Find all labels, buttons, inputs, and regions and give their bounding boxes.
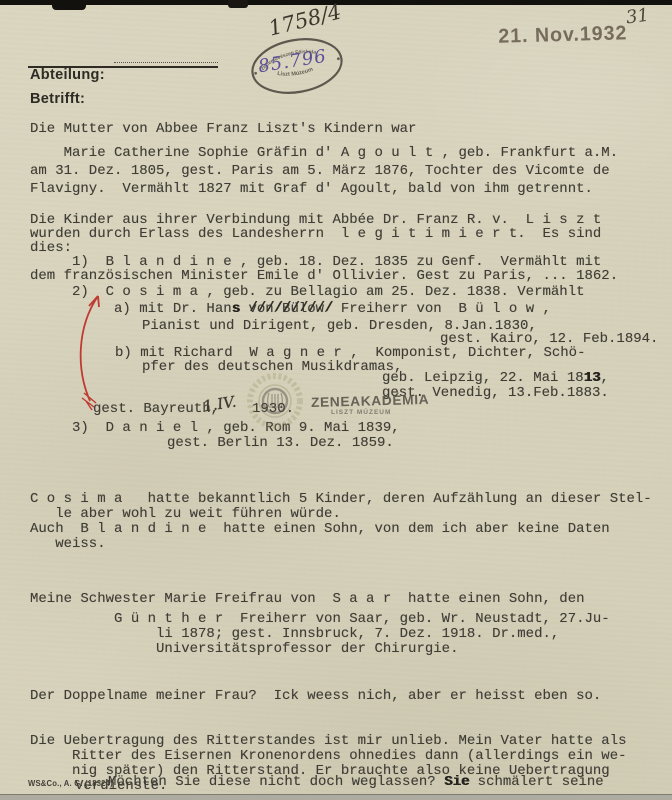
typed-line: Flavigny. Vermählt 1827 mit Graf d' Agou… (30, 182, 593, 197)
typed-line: Meine Schwester Marie Freifrau von S a a… (30, 592, 585, 607)
abteilung-underline (28, 66, 218, 68)
typed-line: Universitätsprofessor der Chirurgie. (30, 642, 458, 657)
moechten-post: schmälert seine (469, 774, 603, 790)
date-stamp: 21. Nov.1932 (498, 22, 628, 48)
typed-line-leipzig: geb. Leipzig, 22. Mai 1813, (382, 371, 609, 386)
printer-mark: WS&Co., A. G. (18324) (28, 779, 113, 788)
bulow-post: Freiherr von B ü l o w , (332, 301, 550, 317)
struck-text: von/Bülow/////////// (248, 302, 332, 317)
typed-line: am 31. Dez. 1805, gest. Paris am 5. März… (30, 164, 610, 179)
typed-line: dem französischen Minister Emile d' Olli… (30, 269, 618, 284)
typed-line: li 1878; gest. Innsbruck, 7. Dez. 1918. … (30, 627, 559, 642)
typed-line: gest. Berlin 13. Dez. 1859. (167, 436, 394, 451)
red-annotation-arrow (68, 283, 118, 415)
document-page: 1758/4 31 21. Nov.1932 Zeneművészeti Fői… (0, 0, 672, 800)
handwritten-death-date: 1.IV. (202, 393, 238, 416)
scan-edge-nub (228, 0, 248, 8)
leipzig-pre: geb. Leipzig, 22. Mai 18 (382, 370, 584, 386)
typed-line: Die Mutter von Abbee Franz Liszt's Kinde… (30, 122, 416, 137)
typed-line: Der Doppelname meiner Frau? Ick weess ni… (30, 689, 601, 704)
bulow-pre: a) mit Dr. Han (30, 301, 232, 317)
typed-line: 3) D a n i e l , geb. Rom 9. Mai 1839, (30, 421, 400, 436)
typed-line: le aber wohl zu weit führen würde. (30, 507, 341, 522)
strike-slashes: ////////// (249, 301, 333, 316)
typed-line: Die Uebertragung des Ritterstandes ist m… (30, 734, 627, 749)
typed-line: wurden durch Erlass des Landesherrn l e … (30, 227, 601, 242)
leipzig-post: , (600, 370, 608, 386)
museum-stamp-subname: LISZT MÚZEUM (331, 409, 391, 416)
handwritten-page-number: 31 (625, 5, 651, 29)
betrifft-label: Betrifft: (30, 90, 85, 107)
museum-stamp-name: ZENEAKADÉMIA (311, 392, 430, 410)
scan-edge-nub (52, 0, 86, 10)
leipzig-overtyped-digits: 13 (584, 370, 601, 386)
typed-line: G ü n t h e r Freiherr von Saar, geb. Wr… (30, 612, 610, 627)
abteilung-dotted-line (114, 62, 218, 63)
typed-line: Marie Catherine Sophie Gräfin d' A g o u… (30, 146, 618, 161)
scan-edge-bottom (0, 794, 672, 800)
moechten-overtyped-word: Sie (444, 774, 469, 790)
typed-line: C o s i m a hatte bekanntlich 5 Kinder, … (30, 492, 652, 507)
lyre-wreath-stamp (243, 373, 315, 433)
typed-line-moechten: Möchten Sie diese nicht doch weglassen? … (108, 775, 604, 790)
lyre-icon (263, 389, 287, 413)
typed-line: weiss. (30, 537, 106, 552)
typed-line: Auch B l a n d i n e hatte einen Sohn, v… (30, 522, 610, 537)
abteilung-label: Abteilung: (30, 66, 105, 83)
typed-line: Ritter des Eisernen Kronenordens ohnedie… (30, 749, 627, 764)
bulow-overtyped-char: s (232, 301, 240, 317)
